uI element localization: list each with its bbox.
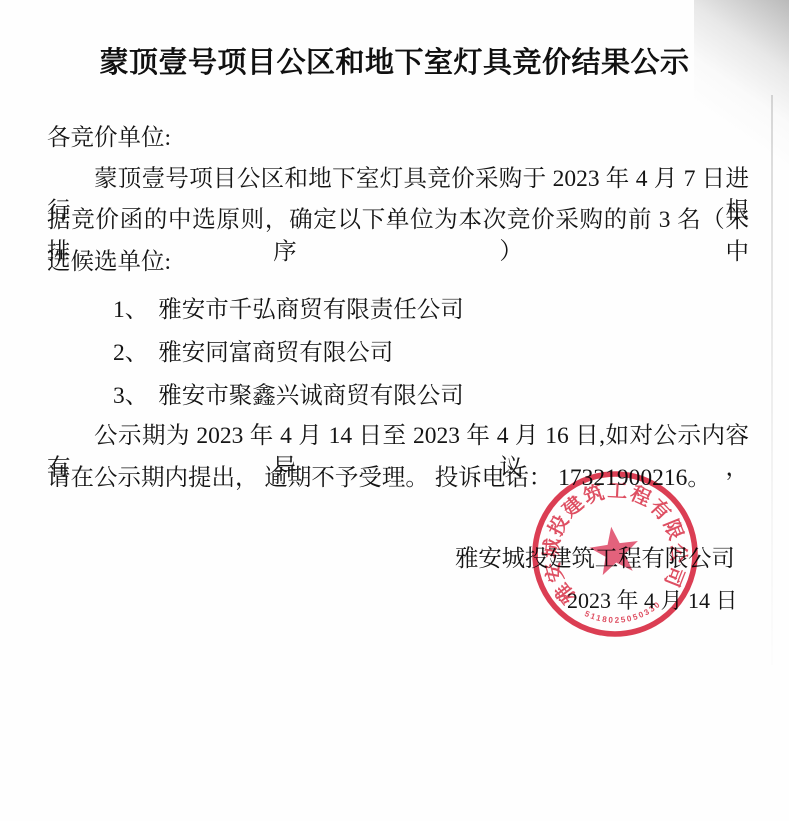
winner-company-name: 雅安同富商贸有限公司 <box>158 340 393 366</box>
winner-company-name: 雅安市千弘商贸有限责任公司 <box>158 297 464 323</box>
paragraph2-line2: 请在公示期内提出， 逾期不予受理。 投诉电话： 17321900216。 <box>47 462 749 494</box>
list-item: 1、雅安市千弘商贸有限责任公司 <box>113 290 464 324</box>
list-item: 2、雅安同富商贸有限公司 <box>113 333 393 367</box>
scan-edge-line <box>771 95 773 665</box>
list-item: 3、雅安市聚鑫兴诚商贸有限公司 <box>113 376 464 410</box>
salutation: 各竞价单位: <box>47 122 749 154</box>
list-item-number: 2、 <box>113 340 148 366</box>
winner-company-name: 雅安市聚鑫兴诚商贸有限公司 <box>158 383 464 409</box>
signature-date: 2023 年 4 月 14 日 <box>567 584 738 615</box>
signature-company-name: 雅安城投建筑工程有限公司 <box>455 539 735 573</box>
page-title: 蒙顶壹号项目公区和地下室灯具竞价结果公示 <box>0 40 789 81</box>
paragraph1-line3: 选候选单位: <box>47 246 749 278</box>
list-item-number: 1、 <box>113 297 148 323</box>
announcement-document: 蒙顶壹号项目公区和地下室灯具竞价结果公示 各竞价单位: 蒙顶壹号项目公区和地下室… <box>0 0 789 821</box>
list-item-number: 3、 <box>113 383 148 409</box>
